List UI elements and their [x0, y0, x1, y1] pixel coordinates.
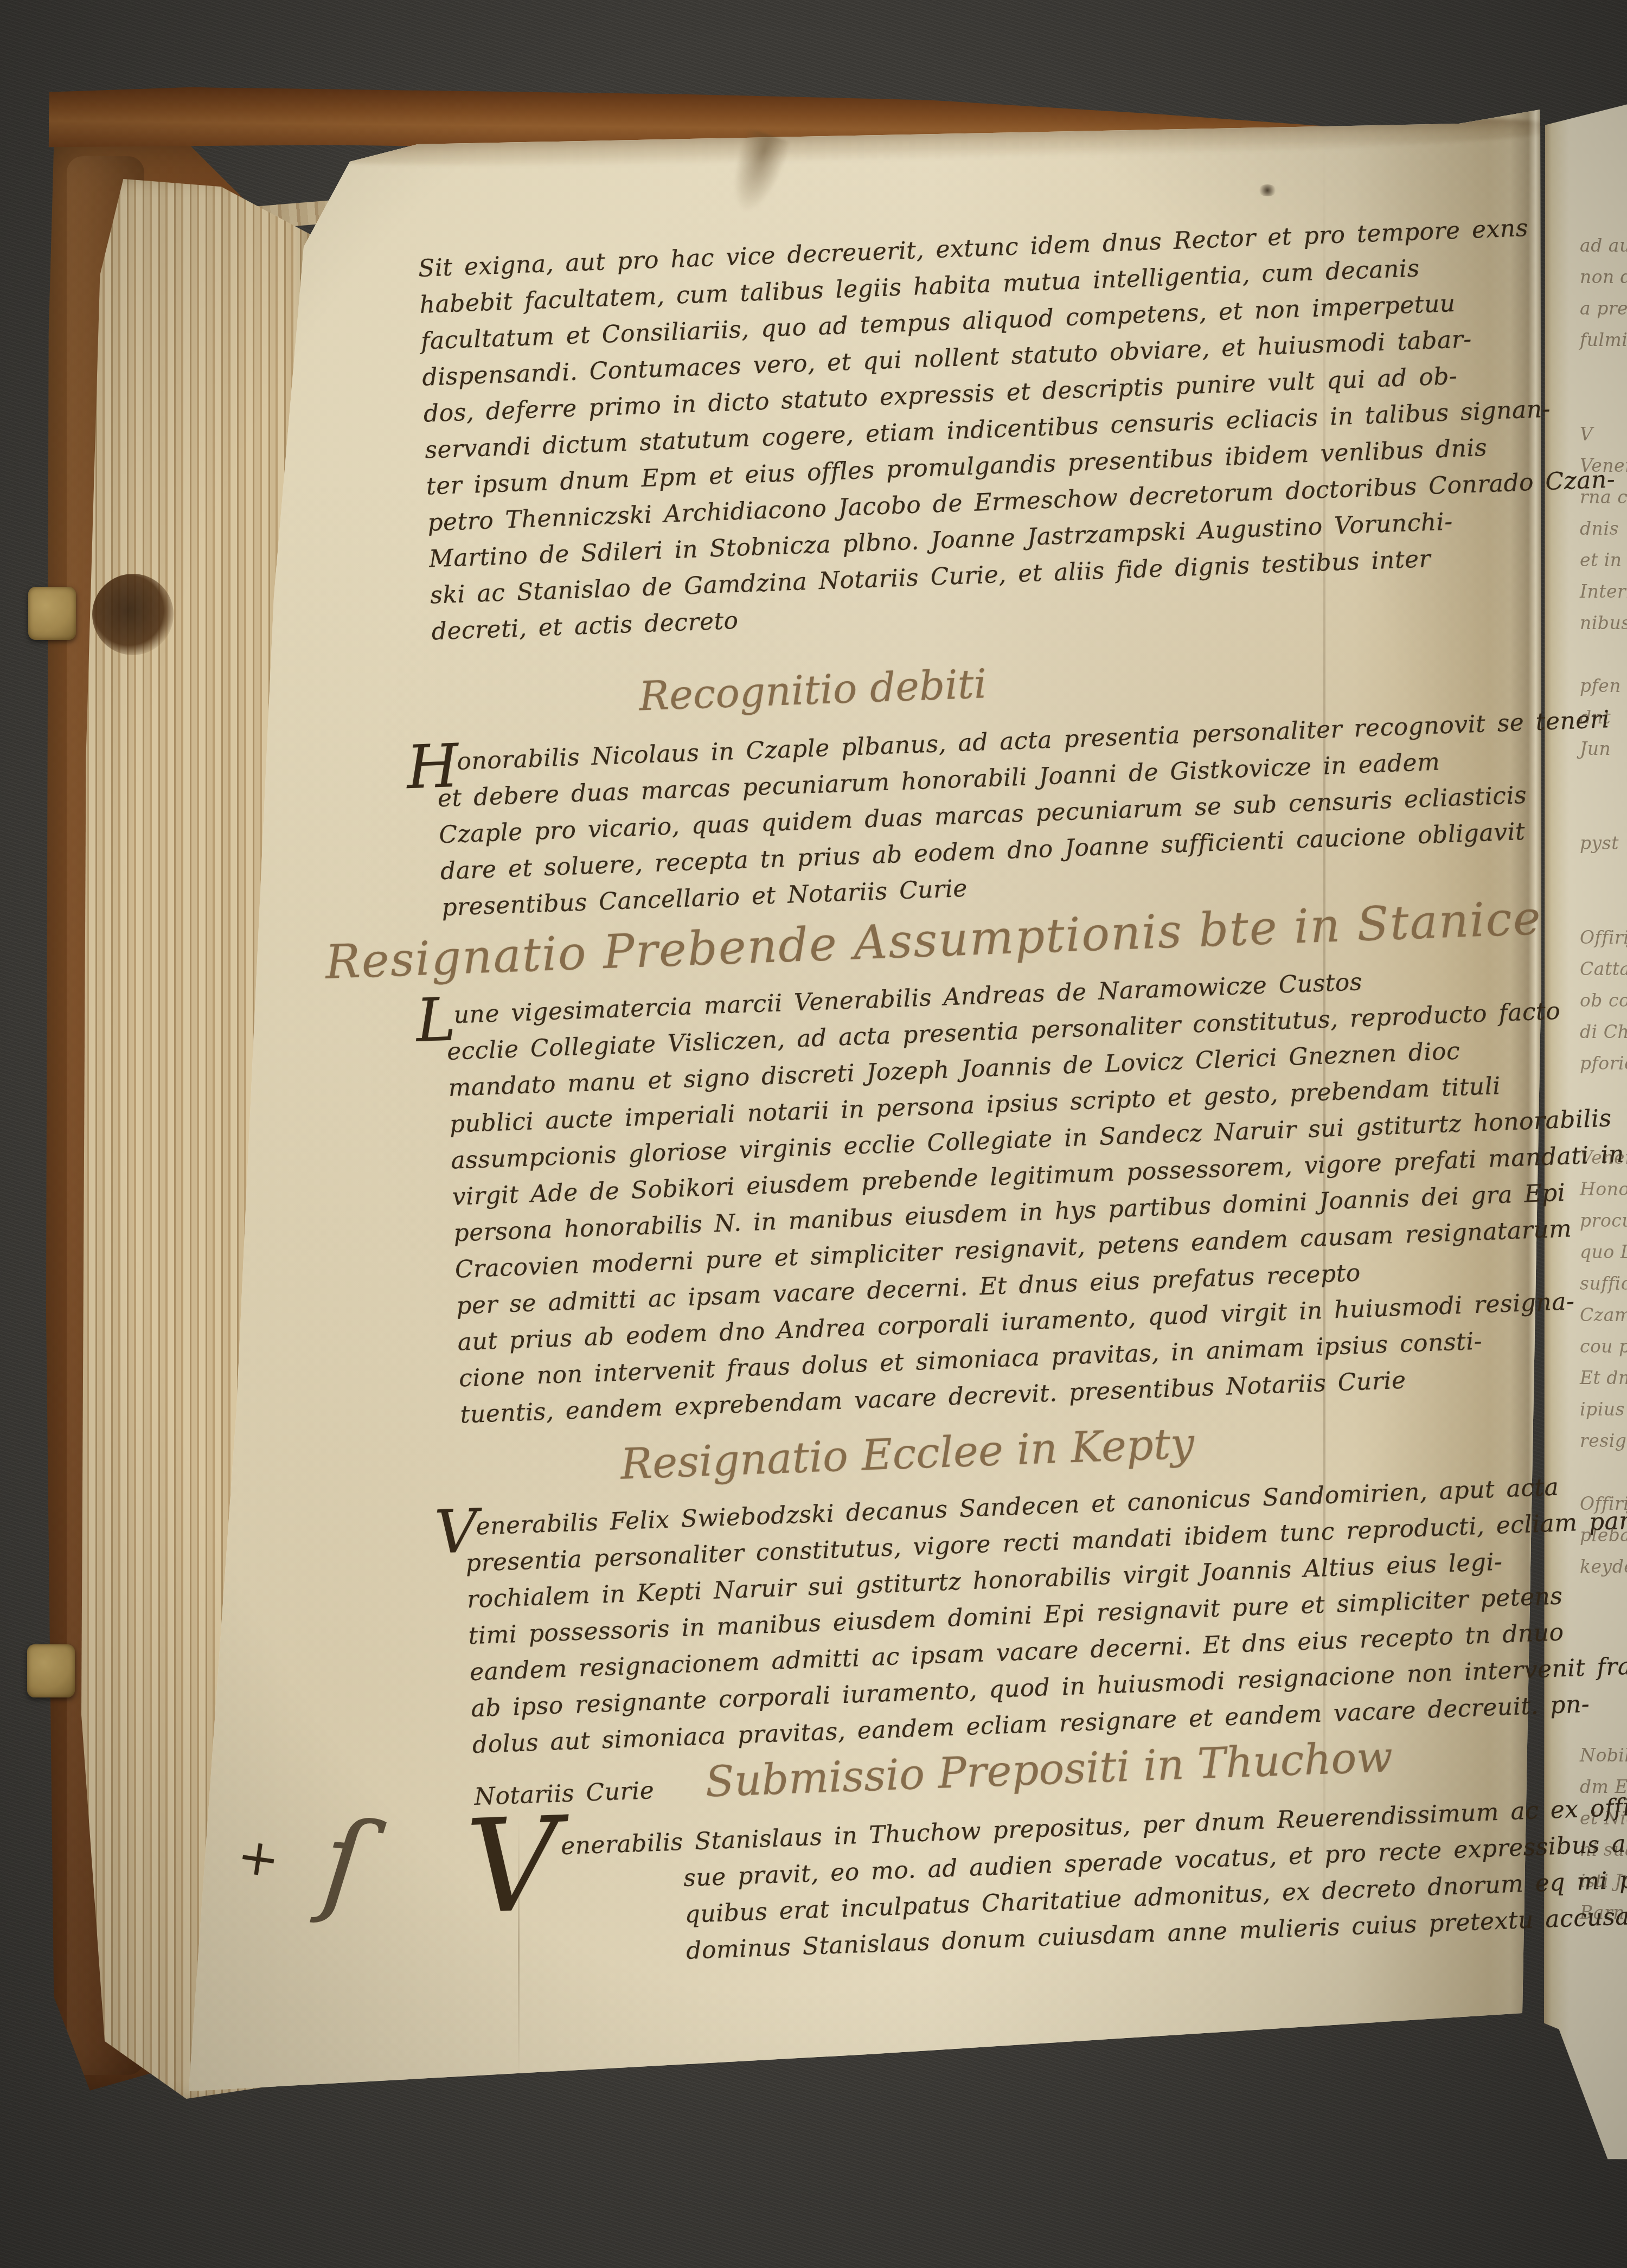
facing-page-text-fragment: Cattani: [1580, 958, 1627, 990]
facing-page-text-fragment: [1580, 644, 1627, 675]
facing-page-text-fragment: Jun: [1580, 738, 1627, 770]
facing-page-text-fragment: Honora: [1580, 1178, 1627, 1210]
facing-page-text-fragment: Interloqu: [1580, 581, 1627, 612]
facing-page-text-fragment: [1580, 864, 1627, 895]
facing-page-text-fragment: ad aud: [1580, 235, 1627, 266]
facing-page-text-fragment: [1580, 392, 1627, 424]
margin-plus-mark: +: [234, 1826, 283, 1889]
paragraph-resignatio-ecclesie: Venerabilis Felix Swiebodzski decanus Sa…: [464, 1468, 1606, 1763]
facing-page-text-fragment: di Cha: [1580, 1021, 1627, 1053]
brass-clasp-lower: [27, 1644, 75, 1697]
paragraph-statute-continuation: Sit exigna, aut pro hac vice decreuerit,…: [418, 209, 1565, 650]
facing-page-text-fragment: [1580, 361, 1627, 392]
facing-page-text-fragment: [1580, 1933, 1627, 1965]
facing-page-text-fragment: et in: [1580, 549, 1627, 581]
leather-knot: [92, 574, 174, 655]
facing-page-text-fragment: pforie a: [1580, 1053, 1627, 1084]
photo-backdrop: { "theme": { "background_color": "#3c3a3…: [0, 0, 1627, 2268]
paragraph-resignatio-prebende: Lune vigesimatercia marcii Venerabilis A…: [445, 956, 1593, 1433]
facing-page-text-fragment: fulmis: [1580, 329, 1627, 361]
facing-page-text-fragment: pfen: [1580, 675, 1627, 707]
facing-page-text-fragment: V: [1580, 424, 1627, 455]
manuscript-text: Sit exigna, aut pro hac vice decreuerit,…: [418, 209, 1613, 1976]
brass-clasp-upper: [28, 587, 76, 640]
facing-page-text-fragment: a pret: [1580, 298, 1627, 329]
ink-fleck: [1258, 184, 1277, 196]
facing-page-text-fragment: dnis: [1580, 518, 1627, 549]
facing-page-text-fragment: [1580, 770, 1627, 801]
facing-page-text-fragment: [1580, 1965, 1627, 1996]
facing-page-text-fragment: nibus: [1580, 612, 1627, 644]
facing-page-text-fragment: ob coha: [1580, 990, 1627, 1021]
facing-page-text-fragment: [1580, 801, 1627, 832]
facing-page-text-fragment: Offirij: [1580, 927, 1627, 958]
facing-page-text-fragment: non d: [1580, 266, 1627, 298]
facing-page-text-fragment: [1580, 895, 1627, 927]
facing-page-text-fragment: pyst: [1580, 832, 1627, 864]
